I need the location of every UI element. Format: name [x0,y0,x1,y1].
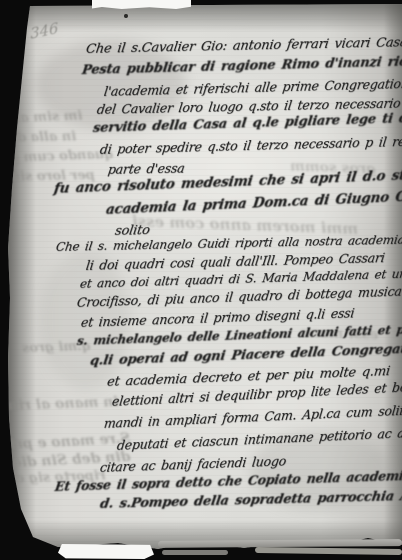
manuscript-line: servitio della Casa al q.le pigliare leg… [92,109,402,136]
ink-bleed-line: gros somm [290,159,377,178]
folio-number: 346 [30,19,59,43]
paper-stain [40,250,130,390]
manuscript-line: Pesta pubblicar di ragione Rimo d'inanzi… [81,53,402,78]
ink-bleed-line: essi mano [300,325,379,344]
manuscript-line: academia la prima Dom.ca di Giugno Confo… [105,186,402,218]
underlying-page-edge [255,547,402,555]
manuscript-line: et academia decreto et per piu molte q.m… [106,364,391,390]
manuscript-line: citare ac banij faciendi luogo [99,453,287,475]
manuscript-line: et anco doi altri quadri di S. Maria Mad… [79,267,402,291]
ink-bleed-line: q.mi gros [22,339,91,356]
ink-bleed-line: quando cum gli [0,147,114,166]
manuscript-line: mandi in ampliari forma Cam. Apl.ca cum … [103,403,402,431]
manuscript-line: Crocifisso, di piu anco il quadro di bot… [76,284,402,310]
manuscript-line: Che il s.Cavalier Gio: antonio ferrari v… [85,35,402,57]
manuscript-line: solito [114,223,151,239]
manuscript-line: l'academia et riferischi alle prime Cong… [103,75,402,99]
paper-shading-right-curl [384,0,402,560]
manuscript-line: parte d'essa [107,161,186,177]
ink-speck [124,14,128,18]
manuscript-line: s. michelangelo delle Lineationi alcuni … [76,321,402,348]
ink-speck [9,84,12,87]
ink-bleed-line: im sim alla [2,109,83,127]
paper-sheet: 346 im sim alla in alla deo quando cum g… [0,0,402,560]
manuscript-line: deputati et ciascun intimanane petitorio… [116,424,402,453]
manuscript-line: Et fosse il sopra detto che Copiato nell… [54,466,402,494]
underlying-page-edge [162,550,228,555]
ink-bleed-line: per loro sino [2,168,95,185]
paper-stain [250,430,390,510]
bookmark-tab-bottom [58,544,154,559]
manuscript-line: fu anco risoluto medesimi che si apri il… [53,165,402,197]
ink-bleed-line: in alla deo [0,129,76,145]
paper-shading-left-gutter [6,0,36,560]
manuscript-line: q.li operai ad ogni Piacere della Congre… [89,341,402,369]
manuscript-line: Che il s. michelangelo Guidi riporti all… [55,233,402,254]
manuscript-line: di poter spedire q.sto il terzo necessar… [99,133,402,157]
ink-bleed-line: mmi morem anno com essi [132,212,359,238]
manuscript-line: elettioni altri si dequilibr prop lite l… [111,379,402,409]
ink-bleed-line: din deb Sin dio [12,449,131,471]
manuscript-line: li doi quadri cosi quali dall'Ill. Pompe… [85,250,386,273]
manuscript-line: et insieme ancora il primo disegni q.li … [80,305,355,330]
paper-stain [36,40,186,130]
manuscript-line: del Cavalier loro luogo q.sto il terzo n… [96,95,402,117]
paper-shading-top [18,4,402,32]
manuscript-line: d. s.Pompeo della sopradetta parrocchia … [99,487,402,512]
ink-bleed-line: riporto sig e [16,468,106,486]
manuscript-photo: 346 im sim alla in alla deo quando cum g… [0,0,402,560]
ink-bleed-line: in mano al rin [8,394,119,414]
ink-bleed-line: S.re mano e priv [2,431,131,454]
